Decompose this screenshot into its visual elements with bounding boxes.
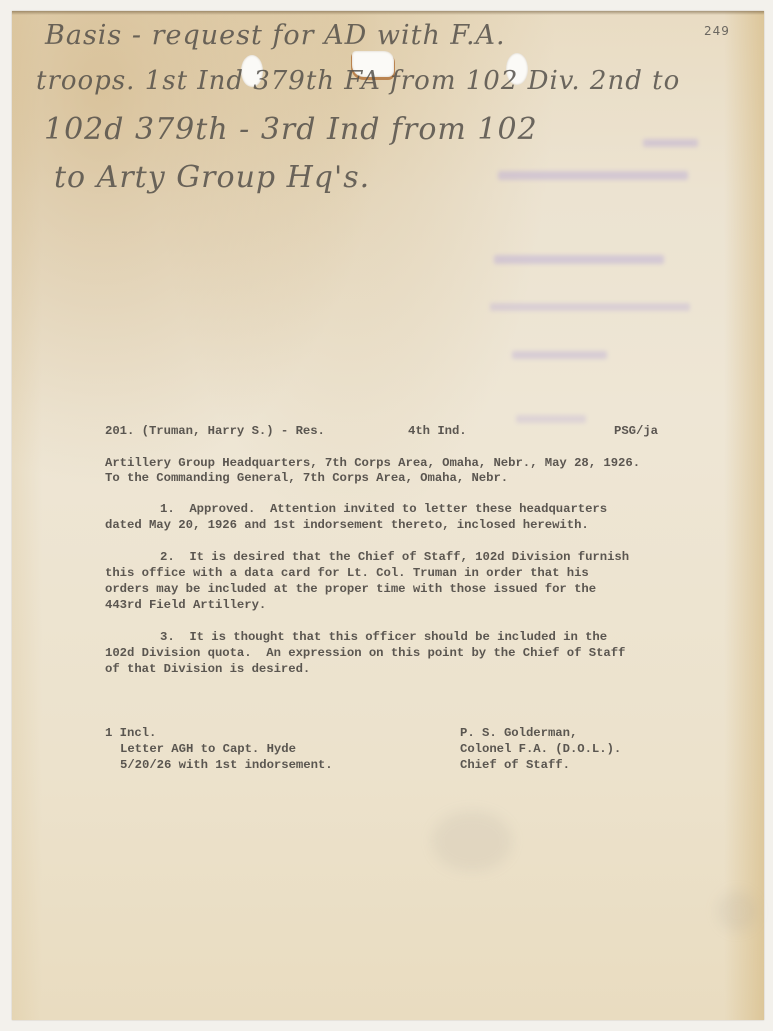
signer-name: P. S. Golderman, [460,726,577,742]
from-line: Artillery Group Headquarters, 7th Corps … [105,456,640,472]
handwritten-line: troops. 1st Ind 379th FA from 102 Div. 2… [36,66,680,96]
handwritten-line: Basis - request for AD with F.A. [45,20,506,51]
paragraph-1-line: dated May 20, 1926 and 1st indorsement t… [105,518,589,534]
paragraph-3-line: of that Division is desired. [105,662,310,678]
paper-edge [12,11,764,15]
enclosure-line: Letter AGH to Capt. Hyde [120,742,296,758]
paper-smudge [432,811,512,871]
handwritten-line: 102d 379th - 3rd Ind from 102 [44,112,538,147]
paragraph-2-line: this office with a data card for Lt. Col… [105,566,589,582]
typist-initials: PSG/ja [614,424,658,440]
bleed-through-mark [516,415,586,423]
paragraph-3-line: 102d Division quota. An expression on th… [105,646,625,662]
endorsement-number: 4th Ind. [408,424,467,440]
paragraph-3-line: 3. It is thought that this officer shoul… [160,630,607,646]
enclosure-count: 1 Incl. [105,726,156,742]
page-background: 249 Basis - request for AD with F.A. tro… [0,0,773,1031]
bleed-through-mark [490,303,690,311]
paragraph-1-line: 1. Approved. Attention invited to letter… [160,502,607,518]
handwritten-line: to Arty Group Hq's. [54,160,370,195]
page-number: 249 [704,24,730,38]
signer-rank: Colonel F.A. (D.O.L.). [460,742,621,758]
bleed-through-mark [643,139,698,147]
enclosure-line: 5/20/26 with 1st indorsement. [120,758,333,774]
paragraph-2-line: orders may be included at the proper tim… [105,582,596,598]
bleed-through-mark [494,255,664,264]
paper-smudge [717,891,757,931]
bleed-through-mark [512,351,607,359]
file-reference: 201. (Truman, Harry S.) - Res. [105,424,325,440]
to-line: To the Commanding General, 7th Corps Are… [105,471,508,487]
signer-title: Chief of Staff. [460,758,570,774]
paragraph-2-line: 2. It is desired that the Chief of Staff… [160,550,629,566]
paragraph-2-line: 443rd Field Artillery. [105,598,266,614]
bleed-through-mark [498,171,688,180]
